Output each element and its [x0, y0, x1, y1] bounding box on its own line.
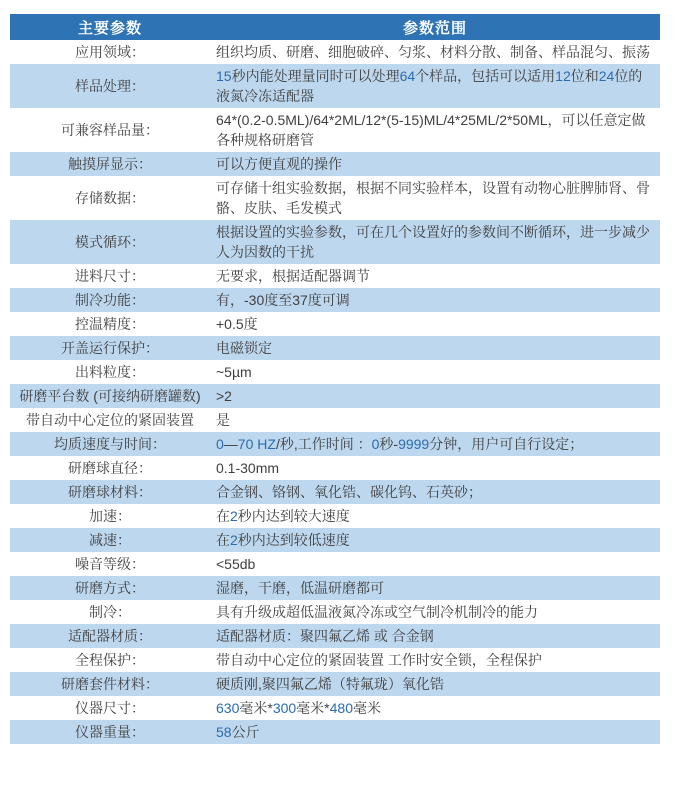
param-name-cell: 减速：	[10, 528, 210, 552]
param-value-cell: 电磁锁定	[210, 336, 660, 360]
param-value-cell: 组织均质、研磨、细胞破碎、匀浆、材料分散、制备、样品混匀、振荡	[210, 40, 660, 64]
spec-table-body: 应用领域：组织均质、研磨、细胞破碎、匀浆、材料分散、制备、样品混匀、振荡样品处理…	[10, 40, 660, 744]
table-row: 噪音等级：<55db	[10, 552, 660, 576]
param-name-cell: 噪音等级：	[10, 552, 210, 576]
param-value-cell: 合金钢、铬钢、氧化锆、碳化钨、石英砂；	[210, 480, 660, 504]
table-row: 均质速度与时间：0—70 HZ/秒,工作时间 ：0秒-9999分钟，用户可自行设…	[10, 432, 660, 456]
param-name-cell: 出料粒度：	[10, 360, 210, 384]
param-value-cell: 湿磨，干磨，低温研磨都可	[210, 576, 660, 600]
table-row: 出料粒度：~5µm	[10, 360, 660, 384]
param-value-cell: >2	[210, 384, 660, 408]
table-header-row: 主要参数 参数范围	[10, 14, 660, 40]
param-name-cell: 存储数据：	[10, 176, 210, 220]
param-value-cell: 在2秒内达到较大速度	[210, 504, 660, 528]
param-name-cell: 制冷：	[10, 600, 210, 624]
param-name-cell: 开盖运行保护：	[10, 336, 210, 360]
param-name-cell: 带自动中心定位的紧固装置	[10, 408, 210, 432]
table-row: 触摸屏显示：可以方便直观的操作	[10, 152, 660, 176]
spec-table: 主要参数 参数范围 应用领域：组织均质、研磨、细胞破碎、匀浆、材料分散、制备、样…	[10, 14, 660, 744]
param-value-cell: 有，-30度至37度可调	[210, 288, 660, 312]
param-name-cell: 全程保护：	[10, 648, 210, 672]
param-value-cell: 0.1-30mm	[210, 456, 660, 480]
param-value-cell: 64*(0.2-0.5ML)/64*2ML/12*(5-15)ML/4*25ML…	[210, 108, 660, 152]
table-row: 控温精度：+0.5度	[10, 312, 660, 336]
param-value-cell: 硬质刚,聚四氟乙烯（特氟珑）氧化锆	[210, 672, 660, 696]
table-row: 进料尺寸：无要求，根据适配器调节	[10, 264, 660, 288]
table-row: 研磨套件材料：硬质刚,聚四氟乙烯（特氟珑）氧化锆	[10, 672, 660, 696]
param-value-cell: 可存储十组实验数据，根据不同实验样本，设置有动物心脏脾肺肾、骨骼、皮肤、毛发模式	[210, 176, 660, 220]
param-value-cell: ~5µm	[210, 360, 660, 384]
table-row: 应用领域：组织均质、研磨、细胞破碎、匀浆、材料分散、制备、样品混匀、振荡	[10, 40, 660, 64]
param-name-cell: 触摸屏显示：	[10, 152, 210, 176]
param-value-cell: 具有升级成超低温液氮冷冻或空气制冷机制冷的能力	[210, 600, 660, 624]
param-name-cell: 研磨套件材料：	[10, 672, 210, 696]
table-row: 减速：在2秒内达到较低速度	[10, 528, 660, 552]
param-value-cell: 在2秒内达到较低速度	[210, 528, 660, 552]
table-row: 可兼容样品量：64*(0.2-0.5ML)/64*2ML/12*(5-15)ML…	[10, 108, 660, 152]
param-name-cell: 研磨球直径：	[10, 456, 210, 480]
param-name-cell: 仪器尺寸：	[10, 696, 210, 720]
table-row: 存储数据：可存储十组实验数据，根据不同实验样本，设置有动物心脏脾肺肾、骨骼、皮肤…	[10, 176, 660, 220]
param-name-cell: 均质速度与时间：	[10, 432, 210, 456]
param-value-cell: 带自动中心定位的紧固装置 工作时安全锁，全程保护	[210, 648, 660, 672]
param-value-cell: 是	[210, 408, 660, 432]
table-row: 仪器尺寸：630毫米*300毫米*480毫米	[10, 696, 660, 720]
param-name-cell: 应用领域：	[10, 40, 210, 64]
param-value-cell: +0.5度	[210, 312, 660, 336]
param-value-cell: 58公斤	[210, 720, 660, 744]
param-name-cell: 样品处理：	[10, 64, 210, 108]
table-row: 制冷：具有升级成超低温液氮冷冻或空气制冷机制冷的能力	[10, 600, 660, 624]
table-row: 适配器材质：适配器材质：聚四氟乙烯 或 合金钢	[10, 624, 660, 648]
table-row: 研磨平台数 (可接纳研磨罐数)>2	[10, 384, 660, 408]
param-value-cell: <55db	[210, 552, 660, 576]
param-value-cell: 15秒内能处理量同时可以处理64个样品，包括可以适用12位和24位的液氮冷冻适配…	[210, 64, 660, 108]
table-row: 模式循环：根据设置的实验参数，可在几个设置好的参数间不断循环，进一步减少人为因数…	[10, 220, 660, 264]
table-row: 研磨球直径：0.1-30mm	[10, 456, 660, 480]
param-value-cell: 0—70 HZ/秒,工作时间 ：0秒-9999分钟，用户可自行设定；	[210, 432, 660, 456]
table-row: 研磨方式：湿磨，干磨，低温研磨都可	[10, 576, 660, 600]
param-value-cell: 630毫米*300毫米*480毫米	[210, 696, 660, 720]
param-name-cell: 制冷功能：	[10, 288, 210, 312]
param-name-cell: 进料尺寸：	[10, 264, 210, 288]
param-name-cell: 仪器重量：	[10, 720, 210, 744]
param-name-cell: 适配器材质：	[10, 624, 210, 648]
param-name-cell: 控温精度：	[10, 312, 210, 336]
table-row: 带自动中心定位的紧固装置是	[10, 408, 660, 432]
param-value-cell: 可以方便直观的操作	[210, 152, 660, 176]
param-name-cell: 模式循环：	[10, 220, 210, 264]
param-name-cell: 加速：	[10, 504, 210, 528]
header-parameter-range: 参数范围	[210, 14, 660, 40]
param-value-cell: 根据设置的实验参数，可在几个设置好的参数间不断循环，进一步减少人为因数的干扰	[210, 220, 660, 264]
table-row: 加速：在2秒内达到较大速度	[10, 504, 660, 528]
table-row: 研磨球材料：合金钢、铬钢、氧化锆、碳化钨、石英砂；	[10, 480, 660, 504]
param-name-cell: 研磨平台数 (可接纳研磨罐数)	[10, 384, 210, 408]
table-row: 仪器重量：58公斤	[10, 720, 660, 744]
header-main-parameters: 主要参数	[10, 14, 210, 40]
table-row: 全程保护：带自动中心定位的紧固装置 工作时安全锁，全程保护	[10, 648, 660, 672]
param-value-cell: 无要求，根据适配器调节	[210, 264, 660, 288]
param-name-cell: 研磨方式：	[10, 576, 210, 600]
param-name-cell: 可兼容样品量：	[10, 108, 210, 152]
table-row: 制冷功能：有，-30度至37度可调	[10, 288, 660, 312]
param-name-cell: 研磨球材料：	[10, 480, 210, 504]
table-row: 开盖运行保护：电磁锁定	[10, 336, 660, 360]
param-value-cell: 适配器材质：聚四氟乙烯 或 合金钢	[210, 624, 660, 648]
table-row: 样品处理：15秒内能处理量同时可以处理64个样品，包括可以适用12位和24位的液…	[10, 64, 660, 108]
